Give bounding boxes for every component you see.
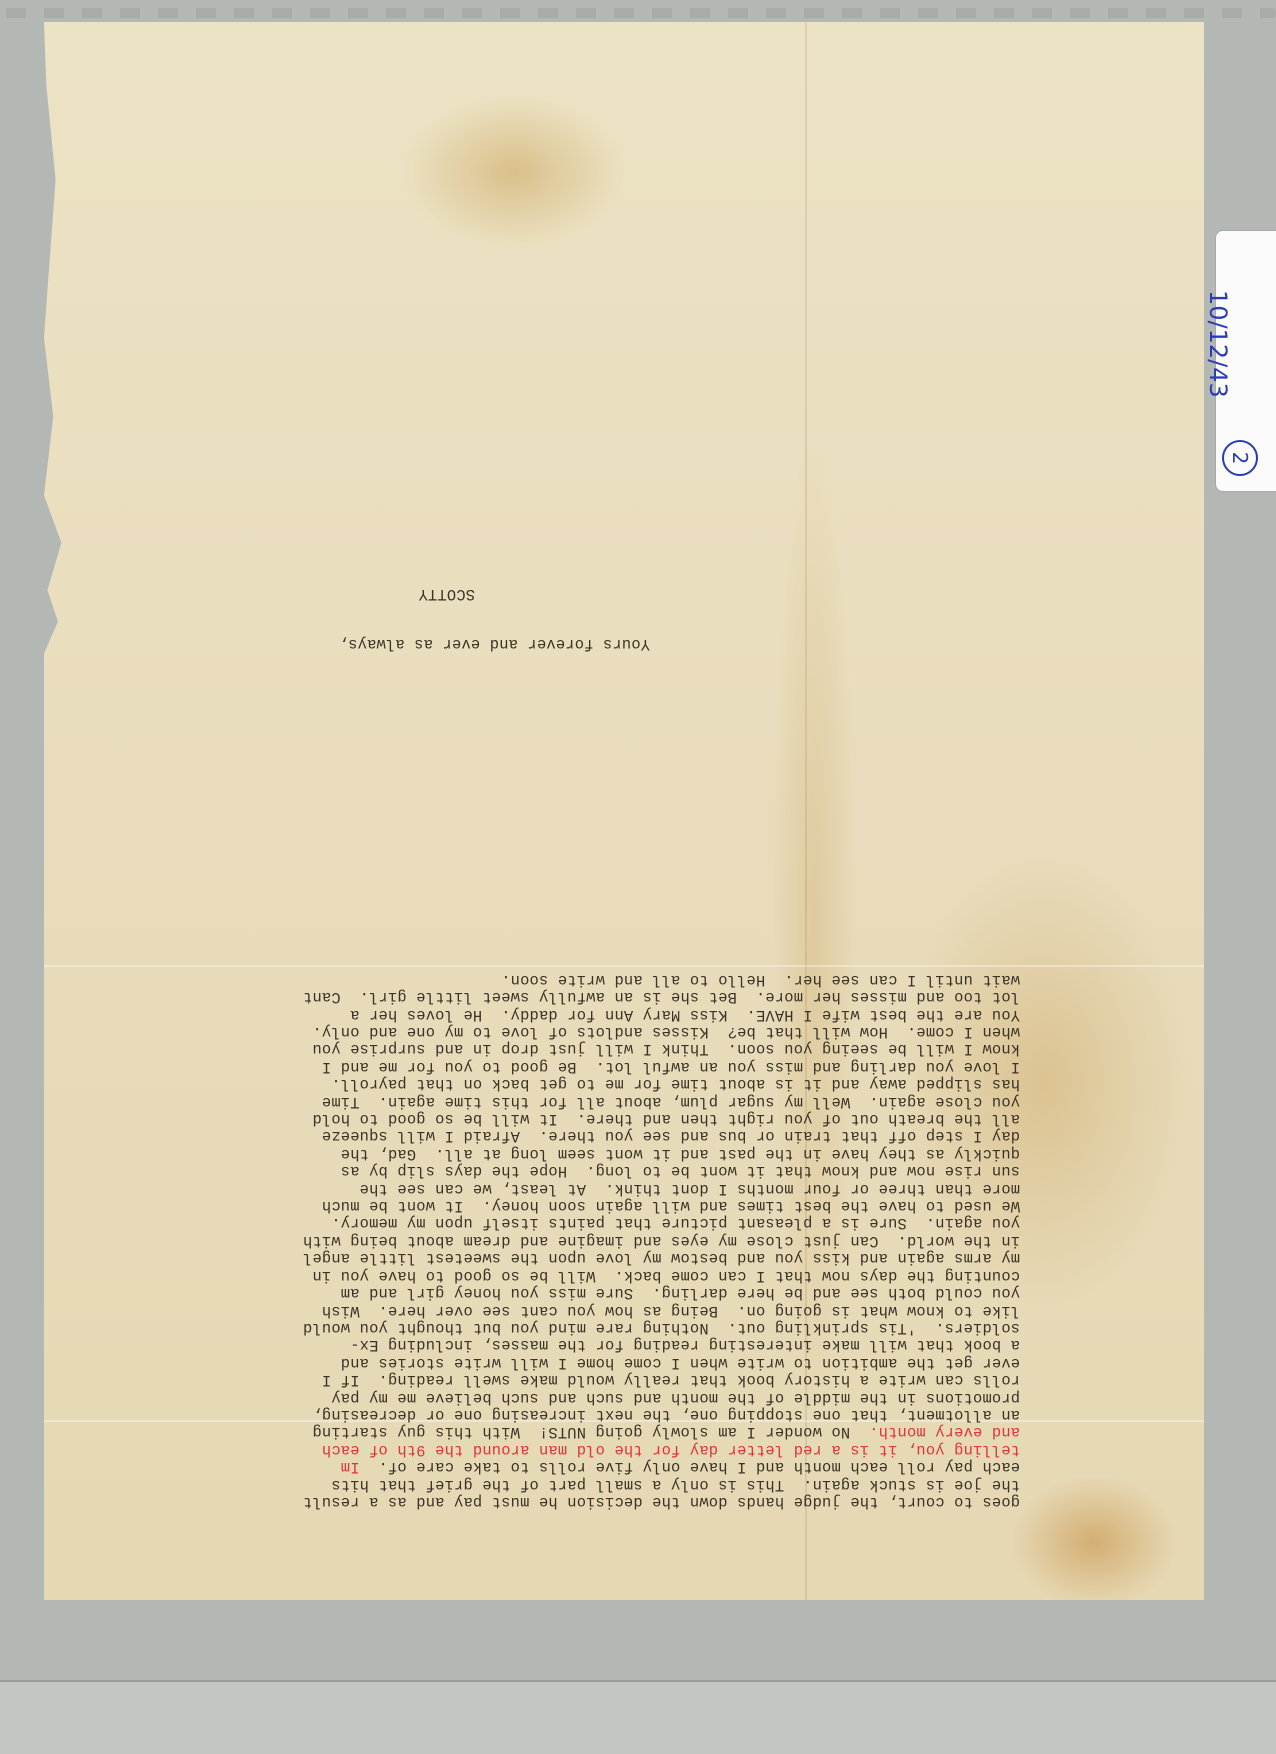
letter-line: lot too and misses her more. Bet she is … xyxy=(303,988,1020,1005)
typed-text: soldiers. 'Tis sprinkling out. Nothing r… xyxy=(303,1319,1020,1337)
typed-text: the joe is stuck again. This is only a s… xyxy=(331,1476,1020,1494)
typed-text: quickly as they have in the past and it … xyxy=(341,1145,1020,1163)
typed-text: sun rise now and know that it wont be to… xyxy=(341,1162,1020,1180)
letter-line: and every month. No wonder I am slowly g… xyxy=(303,1423,1020,1440)
letter-line: telling you, it is a red letter day for … xyxy=(303,1440,1020,1457)
typed-text: in the world. Can just close my eyes and… xyxy=(303,1232,1020,1250)
typed-text: promotions in the middle of the month an… xyxy=(331,1389,1020,1407)
scanner-bed-panel xyxy=(0,1680,1276,1754)
red-ink-text: and every month. xyxy=(869,1423,1020,1441)
typed-text: a book that will make interesting readin… xyxy=(350,1336,1020,1354)
typed-text: counting the days now that I can come ba… xyxy=(312,1267,1020,1285)
letter-line: each pay roll each month and I have only… xyxy=(303,1458,1020,1475)
typed-text: you could both see and be here darling. … xyxy=(341,1284,1020,1302)
letter-line: all the breath out of you right then and… xyxy=(303,1110,1020,1127)
letter-closing: Yours forever and ever as always, xyxy=(339,635,650,652)
typed-text: No wonder I am slowly going NUTS! With t… xyxy=(312,1423,869,1441)
typed-text: when I come. How will that be? Kisses an… xyxy=(312,1023,1020,1041)
letter-line: We used to have the best times and will … xyxy=(303,1197,1020,1214)
typed-text: my arms again and kiss you and bestow my… xyxy=(303,1249,1020,1267)
letter-line: counting the days now that I can come ba… xyxy=(303,1266,1020,1283)
letter-line: goes to court, the judge hands down the … xyxy=(303,1493,1020,1510)
typed-text: know I will be seeing you soon. Think I … xyxy=(312,1040,1020,1058)
letter-line: my arms again and kiss you and bestow my… xyxy=(303,1249,1020,1266)
letter-line: day I step off that train or bus and see… xyxy=(303,1127,1020,1144)
red-ink-text: Im xyxy=(341,1458,360,1476)
letter-line: You are the best wife I HAVE. Kiss Mary … xyxy=(303,1005,1020,1022)
typed-text: all the breath out of you right then and… xyxy=(312,1110,1020,1128)
letter-line: know I will be seeing you soon. Think I … xyxy=(303,1040,1020,1057)
typed-text: lot too and misses her more. Bet she is … xyxy=(303,988,1020,1006)
letter-line: sun rise now and know that it wont be to… xyxy=(303,1162,1020,1179)
typed-text: has slipped away and it is about time fo… xyxy=(331,1075,1020,1093)
letter-line: you close again. Well my sugar plum, abo… xyxy=(303,1092,1020,1109)
letter-line: wait until I can see her. Hello to all a… xyxy=(303,970,1020,987)
letter-line: more than three or four months I dont th… xyxy=(303,1179,1020,1196)
letter-line: when I come. How will that be? Kisses an… xyxy=(303,1023,1020,1040)
letter-line: the joe is stuck again. This is only a s… xyxy=(303,1475,1020,1492)
typed-text: you again. Sure is a pleasant picture th… xyxy=(331,1215,1020,1233)
letter-line: you again. Sure is a pleasant picture th… xyxy=(303,1214,1020,1231)
typed-text: you close again. Well my sugar plum, abo… xyxy=(322,1093,1020,1111)
letter-line: rolls can write a history book that real… xyxy=(303,1371,1020,1388)
tab-circled-number: 2 xyxy=(1222,440,1258,476)
letter-line: ever get the ambition to write when I co… xyxy=(303,1353,1020,1370)
letter-line: in the world. Can just close my eyes and… xyxy=(303,1232,1020,1249)
letter-line: quickly as they have in the past and it … xyxy=(303,1144,1020,1161)
scanner-perforation-strip xyxy=(0,8,1276,18)
typed-text: rolls can write a history book that real… xyxy=(322,1371,1020,1389)
letter-body: goes to court, the judge hands down the … xyxy=(303,970,1020,1510)
typed-letter: goes to court, the judge hands down the … xyxy=(90,580,1020,1510)
letter-line: like to know what is going on. Being as … xyxy=(303,1301,1020,1318)
typed-text: an allotment, that one stopping one, the… xyxy=(312,1406,1020,1424)
letter-line: you could both see and be here darling. … xyxy=(303,1284,1020,1301)
letter-line: an allotment, that one stopping one, the… xyxy=(303,1406,1020,1423)
letter-line: soldiers. 'Tis sprinkling out. Nothing r… xyxy=(303,1319,1020,1336)
tab-handwritten-date: 10/12/43 xyxy=(1204,290,1232,410)
typed-text: ever get the ambition to write when I co… xyxy=(341,1354,1020,1372)
letter-line: promotions in the middle of the month an… xyxy=(303,1388,1020,1405)
letter-signature: SCOTTY xyxy=(418,585,475,602)
typed-text: more than three or four months I dont th… xyxy=(359,1180,1020,1198)
typed-text: You are the best wife I HAVE. Kiss Mary … xyxy=(350,1006,1020,1024)
typed-text: goes to court, the judge hands down the … xyxy=(303,1493,1020,1511)
letter-line: I love you darling and miss you an awful… xyxy=(303,1057,1020,1074)
typed-text: We used to have the best times and will … xyxy=(322,1197,1020,1215)
letter-line: has slipped away and it is about time fo… xyxy=(303,1075,1020,1092)
typed-text: day I step off that train or bus and see… xyxy=(322,1127,1020,1145)
red-ink-text: telling you, it is a red letter day for … xyxy=(322,1441,1020,1459)
letter-line: a book that will make interesting readin… xyxy=(303,1336,1020,1353)
typed-text: wait until I can see her. Hello to all a… xyxy=(501,971,1020,989)
typed-text: I love you darling and miss you an awful… xyxy=(322,1058,1020,1076)
typed-text: each pay roll each month and I have only… xyxy=(359,1458,1020,1476)
typed-text: like to know what is going on. Being as … xyxy=(322,1302,1020,1320)
